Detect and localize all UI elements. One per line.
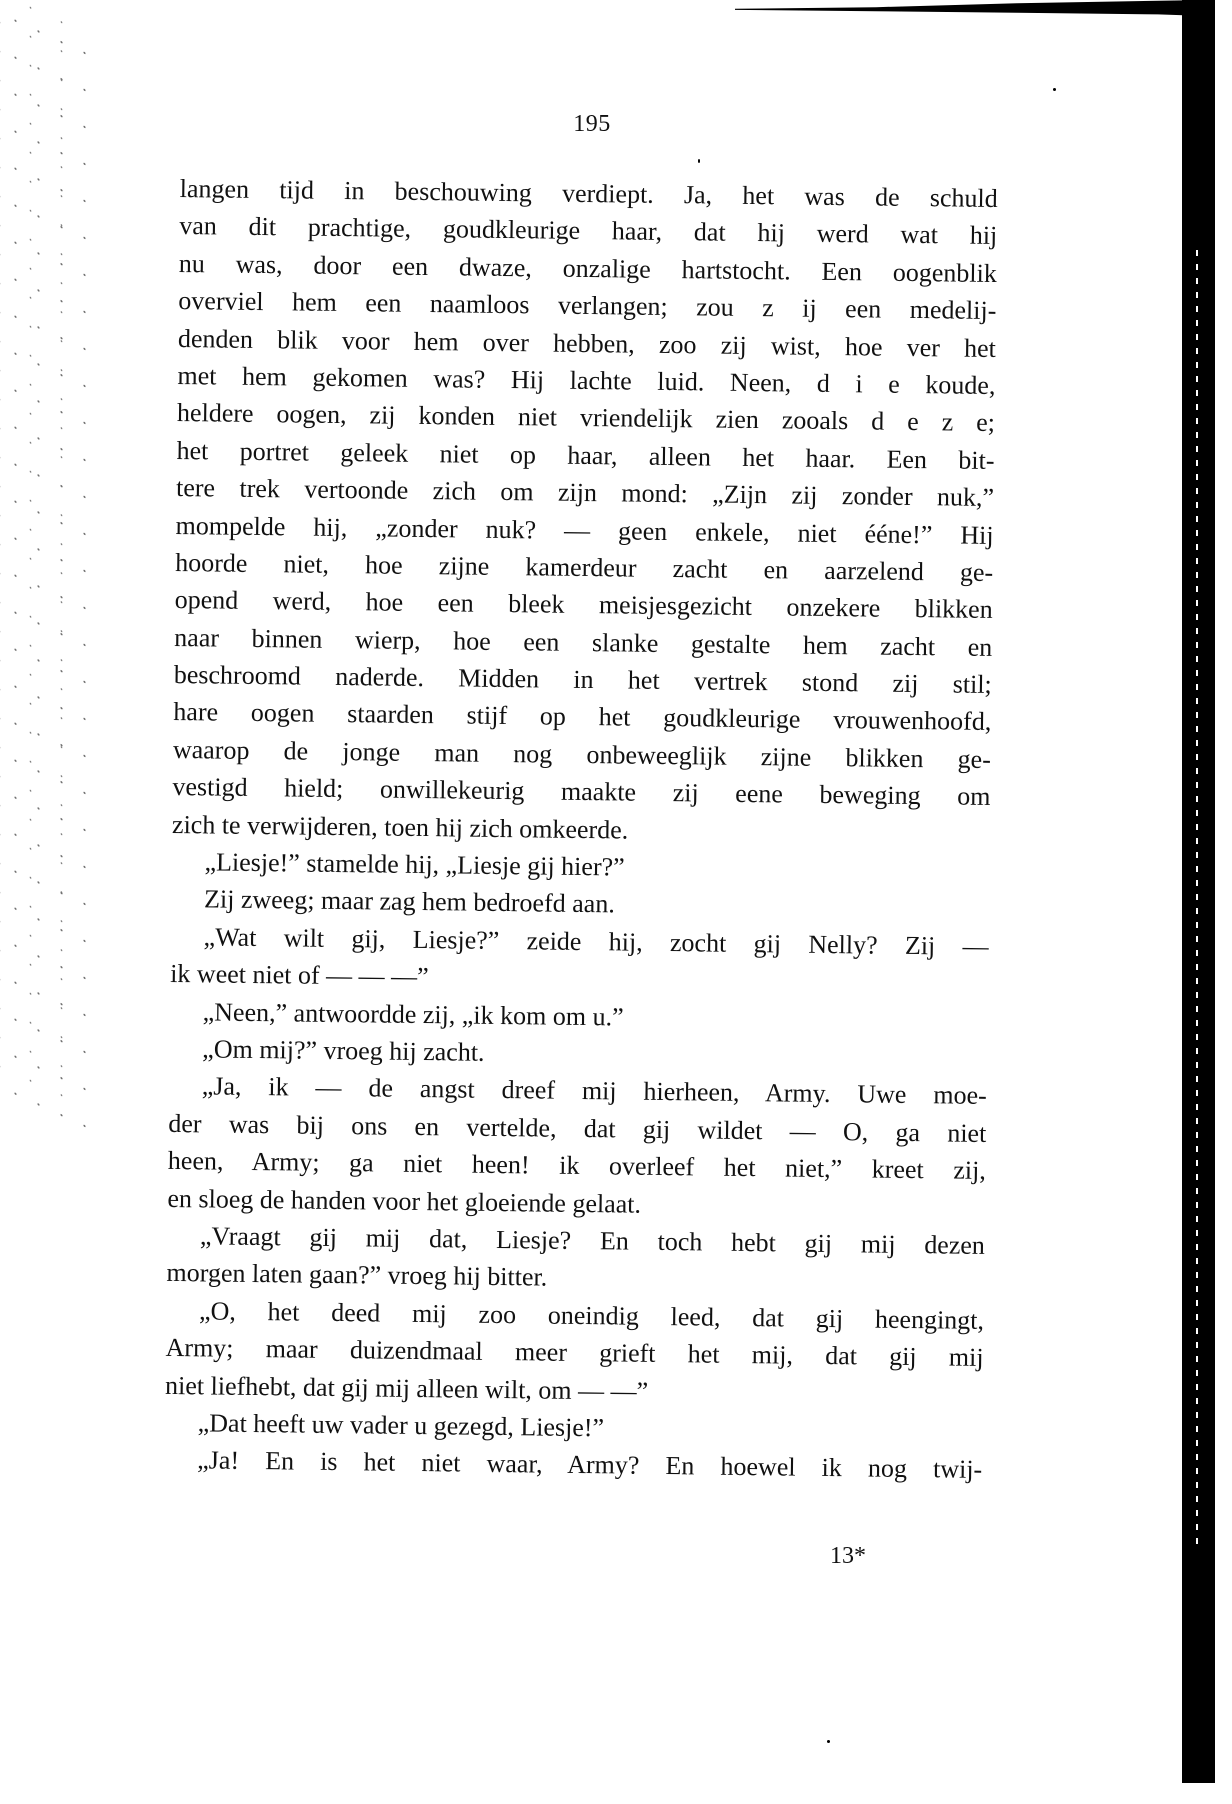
signature-mark: 13*: [830, 1544, 866, 1568]
scan-stray-mark: [1053, 88, 1056, 91]
scan-stray-mark: [827, 1740, 830, 1743]
scan-edge-top-shadow: [735, 0, 1205, 16]
scan-edge-right-shadow: [1182, 0, 1215, 1783]
body-text: langen tijd in beschouwing verdiept. Ja,…: [164, 170, 998, 1489]
scan-stray-mark: [698, 159, 700, 163]
scanned-book-page: 195 langen tijd in beschouwing verdiept.…: [0, 0, 1232, 1804]
scan-edge-right-streak: [1196, 250, 1198, 1550]
scan-speckle-left-margin: [0, 0, 90, 1131]
page-number: 195: [560, 112, 624, 136]
